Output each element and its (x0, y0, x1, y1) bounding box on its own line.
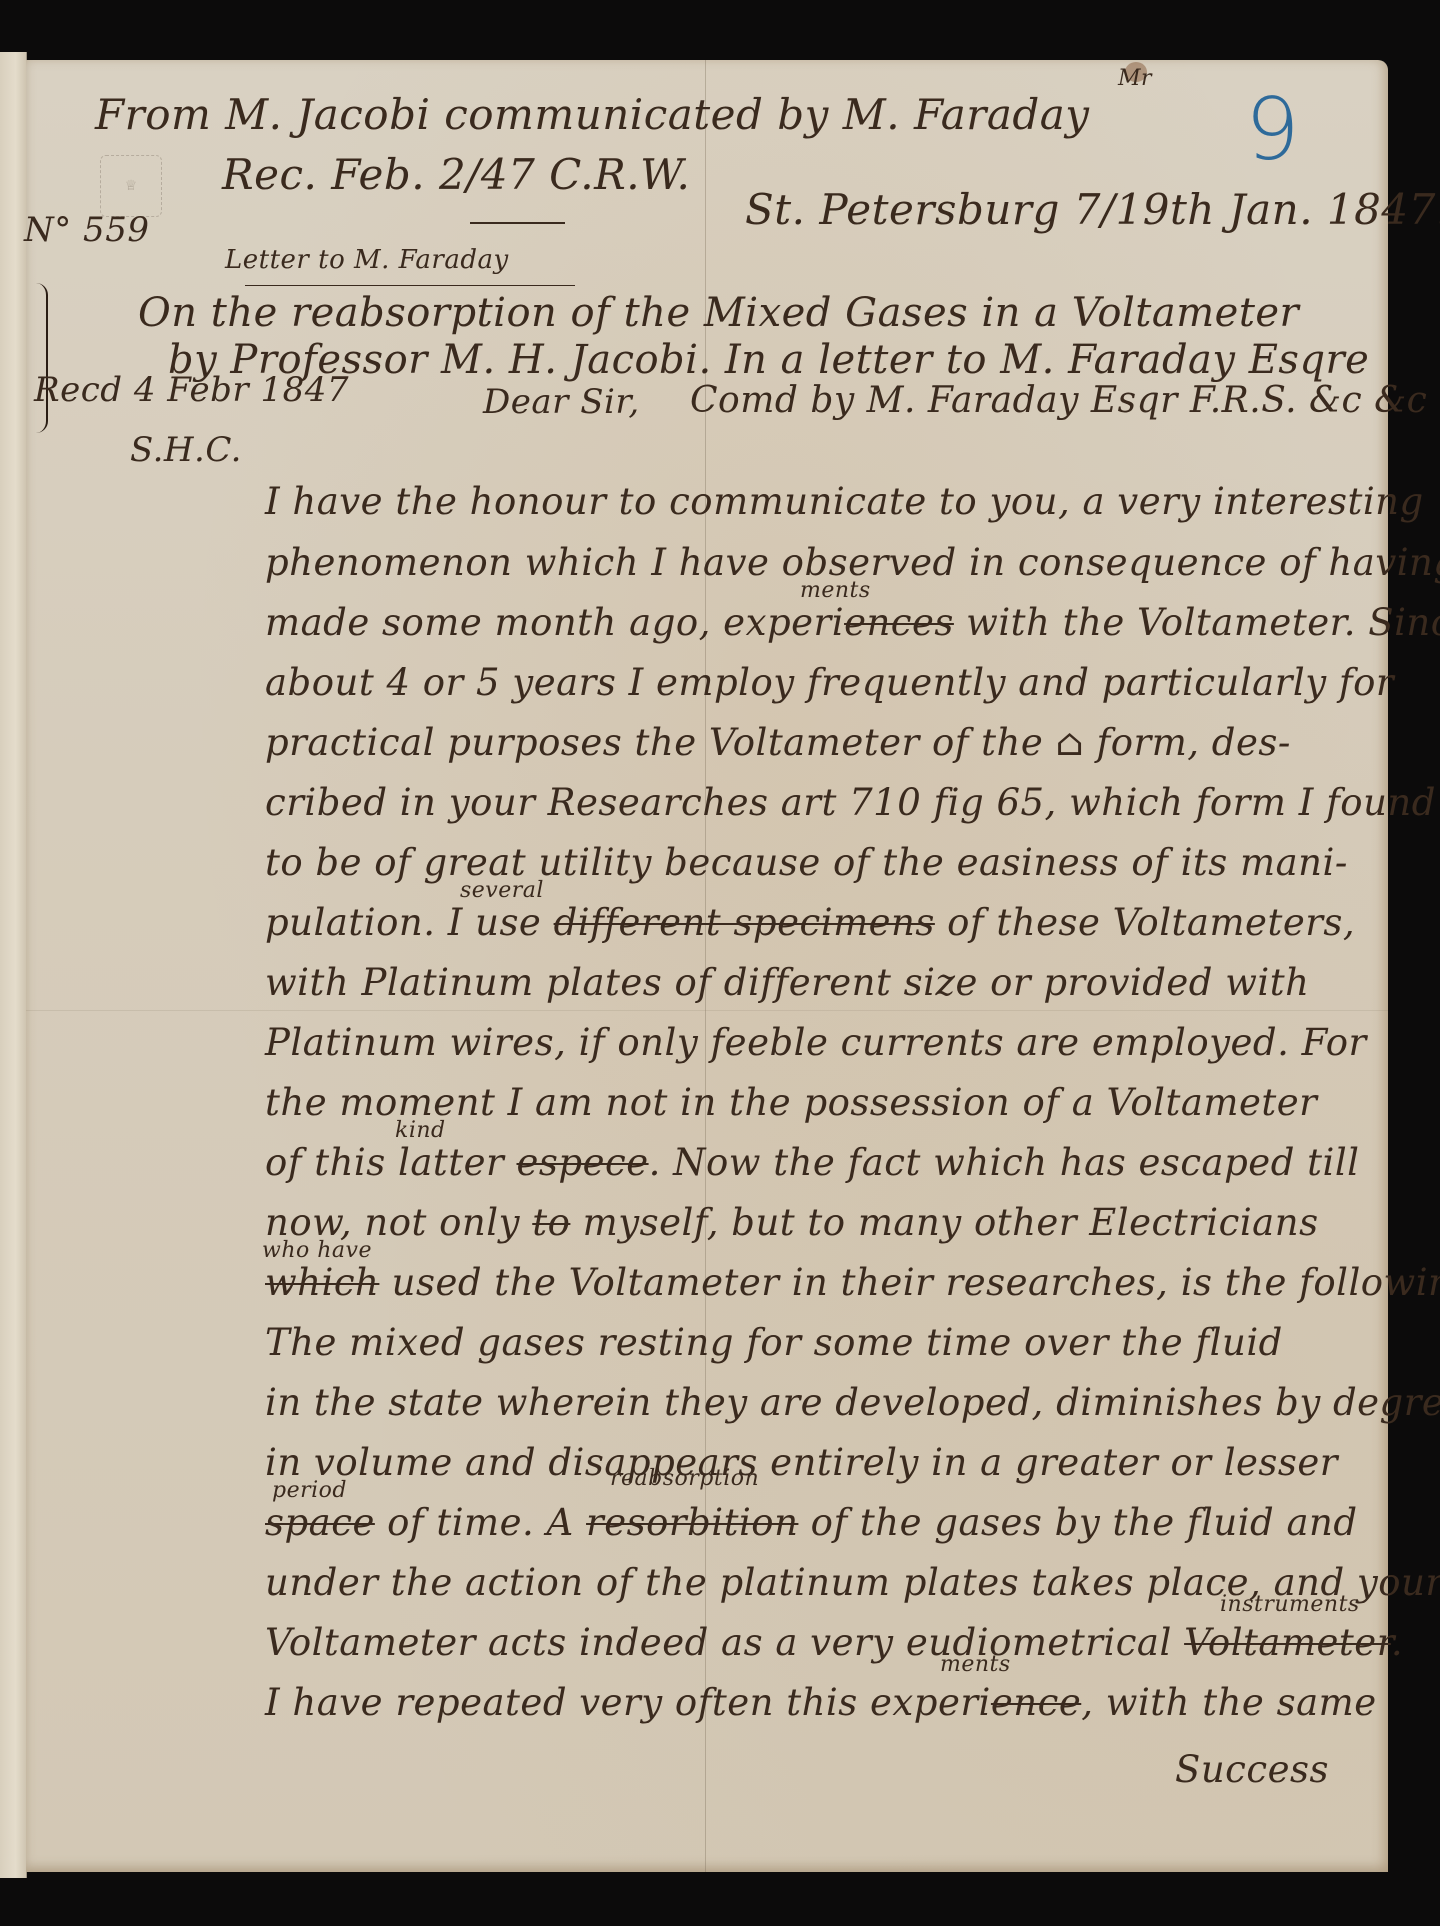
insertion: reabsorption (610, 1466, 759, 1491)
struck-text: to (532, 1201, 570, 1244)
register-number: N° 559 (24, 210, 149, 250)
struck-text: space (265, 1501, 375, 1544)
body-line: to be of great utility because of the ea… (265, 841, 1348, 884)
insertion: ments (800, 578, 871, 603)
body-line: Voltameter acts indeed as a very eudiome… (265, 1621, 1403, 1664)
body-line: pulation. I use different specimens of t… (265, 901, 1355, 944)
header-line-from: From M. Jacobi communicated by M. Farada… (95, 90, 1090, 139)
body-line: now, not only to myself, but to many oth… (265, 1201, 1319, 1244)
body-line: in the state wherein they are developed,… (265, 1381, 1440, 1424)
margin-received: Recd 4 Febr 1847 (34, 370, 349, 410)
body-line: The mixed gases resting for some time ov… (265, 1321, 1283, 1364)
place-date: St. Petersburg 7/19th Jan. 1847. (745, 185, 1440, 234)
binding-strip (0, 52, 27, 1878)
insertion: kind (395, 1118, 446, 1143)
letter-to-note: Letter to M. Faraday (225, 245, 509, 275)
struck-text: Voltameter (1184, 1621, 1391, 1664)
body-line: cribed in your Researches art 710 fig 65… (265, 781, 1436, 824)
insertion: several (460, 878, 544, 903)
body-line: practical purposes the Voltameter of the… (265, 721, 1291, 764)
body-line: I have the honour to communicate to you,… (265, 480, 1424, 523)
underline-received (470, 222, 565, 224)
struck-text: espece (517, 1141, 649, 1184)
insertion: period (272, 1478, 347, 1503)
body-line: made some month ago, experiences with th… (265, 601, 1440, 644)
struck-text: ences (844, 601, 954, 644)
underline-letter-to (245, 285, 575, 286)
salutation: Dear Sir, (483, 382, 640, 422)
body-line: of this latter espece. Now the fact whic… (265, 1141, 1360, 1184)
struck-text: different specimens (554, 901, 935, 944)
insertion: who have (262, 1238, 372, 1263)
body-line: Platinum wires, if only feeble currents … (265, 1021, 1367, 1064)
struck-text: ence (991, 1681, 1081, 1724)
library-stamp-icon: ♕ (100, 155, 162, 217)
insertion: ments (940, 1652, 1011, 1677)
struck-text: which (265, 1261, 379, 1304)
margin-bracket (36, 283, 48, 433)
title-line-3: Comd by M. Faraday Esqr F.R.S. &c &c (690, 380, 1427, 421)
folio-number: 9 (1245, 80, 1300, 180)
body-line: with Platinum plates of different size o… (265, 961, 1309, 1004)
header-superscript: Mr (1118, 66, 1152, 91)
margin-initials: S.H.C. (130, 430, 242, 470)
body-line: in volume and disappears entirely in a g… (265, 1441, 1338, 1484)
body-line: about 4 or 5 years I employ frequently a… (265, 661, 1394, 704)
received-note: Rec. Feb. 2/47 C.R.W. (222, 150, 690, 199)
struck-text: resorbition (586, 1501, 798, 1544)
title-line-1: On the reabsorption of the Mixed Gases i… (138, 290, 1299, 336)
fold-crease-horizontal (26, 1010, 1388, 1011)
catchword: Success (1175, 1748, 1329, 1791)
insertion: instruments (1220, 1592, 1360, 1617)
body-line: I have repeated very often this experien… (265, 1681, 1377, 1724)
body-line: which used the Voltameter in their resea… (265, 1261, 1440, 1304)
body-line: space of time. A resorbition of the gase… (265, 1501, 1358, 1544)
